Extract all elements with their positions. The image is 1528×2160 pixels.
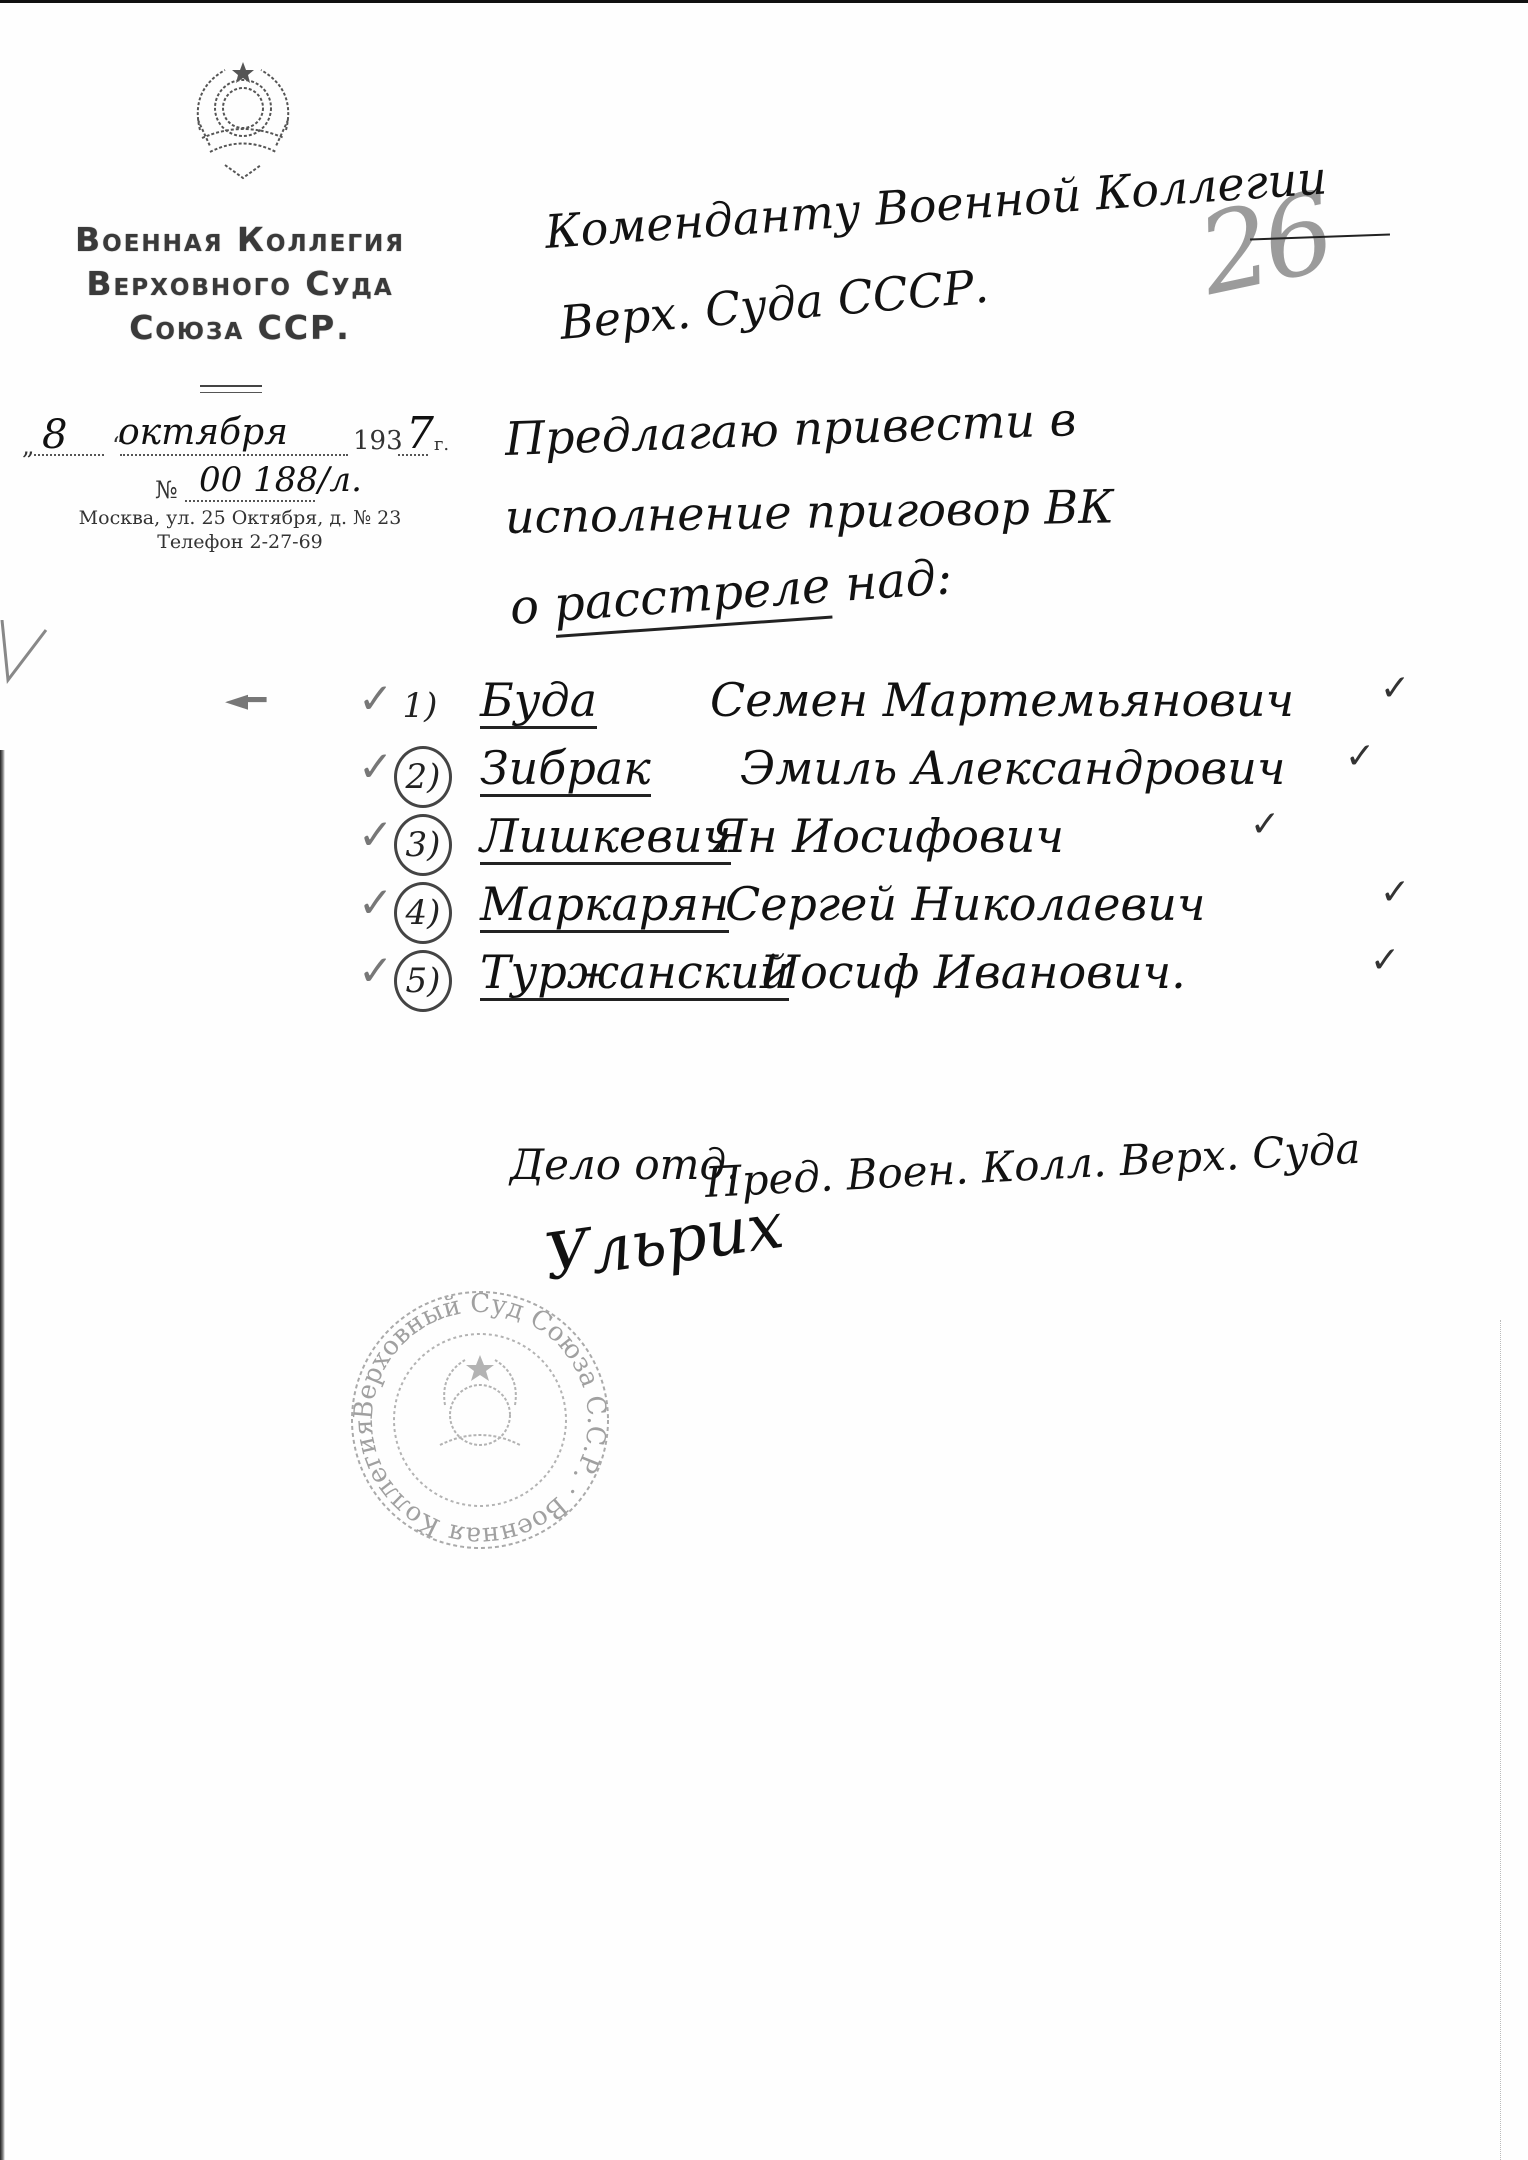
margin-check-icon: ✓ xyxy=(358,810,393,859)
convict-number: 2) xyxy=(394,746,452,808)
address-block: Москва, ул. 25 Октября, д. № 23 Телефон … xyxy=(20,506,460,554)
convict-given-names: Ян Иосифович xyxy=(710,810,1064,862)
body-line-3-prefix: о xyxy=(508,577,556,636)
convict-row: ✓2)ЗибракЭмиль Александрович✓ xyxy=(380,736,1420,804)
ussr-seal-icon: Верховный Суд Союза С.С.Р. · Военная Кол… xyxy=(345,1285,615,1555)
margin-check-icon: ✓ xyxy=(358,674,393,723)
org-title-line: Союза ССР. xyxy=(10,306,470,350)
body-line-3-suffix: над: xyxy=(828,549,954,613)
margin-check-icon: ✓ xyxy=(358,946,393,995)
document-number: № 00 188/л. xyxy=(155,462,455,508)
date-year-printed: 193 xyxy=(353,426,403,456)
title-divider xyxy=(200,385,262,393)
convicts-list: ✓1)БудаСемен Мартемьянович✓✓2)ЗибракЭмил… xyxy=(380,668,1420,1008)
convict-surname: Зибрак xyxy=(480,742,651,797)
convict-surname: Маркарян xyxy=(480,878,729,933)
convict-row: ✓1)БудаСемен Мартемьянович✓ xyxy=(380,668,1420,736)
check-icon: ✓ xyxy=(1380,872,1410,913)
document-page: Военная Коллегия Верховного Суда Союза С… xyxy=(0,0,1528,2160)
number-dots xyxy=(185,500,315,502)
scan-right-edge xyxy=(1500,1320,1502,2160)
signature: Ульрих xyxy=(540,1189,788,1296)
scan-left-edge xyxy=(0,750,5,2160)
number-value: 00 188/л. xyxy=(199,460,362,500)
date-month-dots xyxy=(120,454,348,456)
date-year-handwritten: 7 xyxy=(406,408,434,459)
date-day: 8 xyxy=(42,412,67,458)
convict-row: ✓3)ЛишкевичЯн Иосифович✓ xyxy=(380,804,1420,872)
convict-number: 5) xyxy=(394,950,452,1012)
scan-top-edge xyxy=(0,0,1528,3)
organization-title: Военная Коллегия Верховного Суда Союза С… xyxy=(10,218,470,350)
phone-line: Телефон 2-27-69 xyxy=(20,530,460,554)
check-icon: ✓ xyxy=(1370,940,1400,981)
arrow-left-icon: ◄━ xyxy=(225,683,266,718)
convict-surname: Туржанский xyxy=(480,946,789,1001)
body-line-2: исполнение приговор ВК xyxy=(505,479,1115,544)
addressee-line-2: Верх. Суда СССР. xyxy=(558,259,991,350)
org-title-line: Военная Коллегия xyxy=(10,218,470,262)
check-icon: ✓ xyxy=(1250,804,1280,845)
body-line-3-underlined: расстреле xyxy=(552,558,832,638)
margin-check-icon: ✓ xyxy=(358,878,393,927)
convict-given-names: Эмиль Александрович xyxy=(740,742,1286,794)
date-open-quote: „ xyxy=(22,432,34,460)
signer-title: Пред. Воен. Колл. Верх. Суда xyxy=(704,1124,1362,1207)
check-icon: ✓ xyxy=(1345,736,1375,777)
convict-given-names: Семен Мартемьянович xyxy=(710,674,1294,726)
svg-text:Верховный Суд Союза С.С.Р. · В: Верховный Суд Союза С.С.Р. · Военная Кол… xyxy=(345,1285,611,1551)
body-line-3: о расстреле над: xyxy=(508,549,954,636)
convict-row: ✓5)ТуржанскийИосиф Иванович.✓ xyxy=(380,940,1420,1008)
body-line-1: Предлагаю привести в xyxy=(504,392,1077,466)
org-title-line: Верховного Суда xyxy=(10,262,470,306)
convict-surname: Буда xyxy=(480,674,597,729)
seal-text: Верховный Суд Союза С.С.Р. · Военная Кол… xyxy=(345,1285,611,1551)
convict-given-names: Сергей Николаевич xyxy=(725,878,1205,930)
convict-number: 1) xyxy=(394,678,446,734)
convict-number: 4) xyxy=(394,882,452,944)
date-month: октября xyxy=(118,412,288,453)
convict-given-names: Иосиф Иванович. xyxy=(760,946,1186,998)
convict-row: ✓4)МаркарянСергей Николаевич✓ xyxy=(380,872,1420,940)
number-label: № xyxy=(155,476,178,504)
date-year-suffix: г. xyxy=(434,434,449,455)
convict-number: 3) xyxy=(394,814,452,876)
ussr-coat-of-arms-icon xyxy=(180,60,306,180)
check-icon: ✓ xyxy=(1380,668,1410,709)
address-line: Москва, ул. 25 Октября, д. № 23 xyxy=(20,506,460,530)
convict-surname: Лишкевич xyxy=(480,810,731,865)
margin-stroke-icon xyxy=(0,620,64,750)
margin-check-icon: ✓ xyxy=(358,742,393,791)
